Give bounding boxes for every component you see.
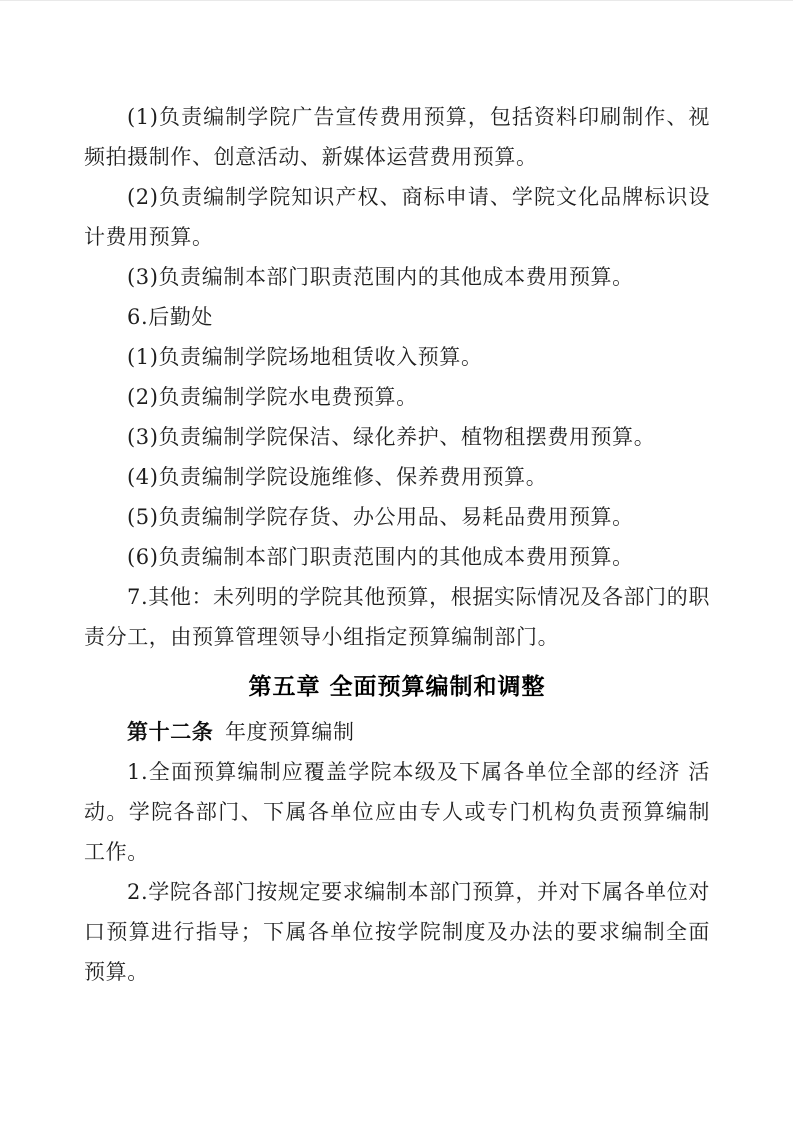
body-paragraph: (6)负责编制本部门职责范围内的其他成本费用预算。 <box>84 537 710 577</box>
body-paragraph: 2.学院各部门按规定要求编制本部门预算，并对下属各单位对口预算进行指导；下属各单… <box>84 872 710 992</box>
body-paragraph: (2)负责编制学院水电费预算。 <box>84 377 710 417</box>
body-paragraph: 7.其他：未列明的学院其他预算，根据实际情况及各部门的职责分工，由预算管理领导小… <box>84 577 710 657</box>
body-paragraph: 6.后勤处 <box>84 297 710 337</box>
clause-paragraph: 第十二条年度预算编制 <box>84 712 710 752</box>
body-paragraph: 1.全面预算编制应覆盖学院本级及下属各单位全部的经济 活动。学院各部门、下属各单… <box>84 752 710 872</box>
body-paragraph: (1)负责编制学院场地租赁收入预算。 <box>84 337 710 377</box>
body-paragraph: (2)负责编制学院知识产权、商标申请、学院文化品牌标识设计费用预算。 <box>84 177 710 257</box>
document-page: (1)负责编制学院广告宣传费用预算，包括资料印刷制作、视频拍摄制作、创意活动、新… <box>0 0 793 1122</box>
body-paragraph: (3)负责编制本部门职责范围内的其他成本费用预算。 <box>84 257 710 297</box>
body-paragraph: (1)负责编制学院广告宣传费用预算，包括资料印刷制作、视频拍摄制作、创意活动、新… <box>84 97 710 177</box>
clause-label: 第十二条 <box>127 719 213 744</box>
document-content: (1)负责编制学院广告宣传费用预算，包括资料印刷制作、视频拍摄制作、创意活动、新… <box>84 97 710 992</box>
body-paragraph: (3)负责编制学院保洁、绿化养护、植物租摆费用预算。 <box>84 417 710 457</box>
clause-title: 年度预算编制 <box>225 720 355 744</box>
chapter-heading: 第五章 全面预算编制和调整 <box>84 666 710 708</box>
body-paragraph: (5)负责编制学院存货、办公用品、易耗品费用预算。 <box>84 497 710 537</box>
body-paragraph: (4)负责编制学院设施维修、保养费用预算。 <box>84 457 710 497</box>
